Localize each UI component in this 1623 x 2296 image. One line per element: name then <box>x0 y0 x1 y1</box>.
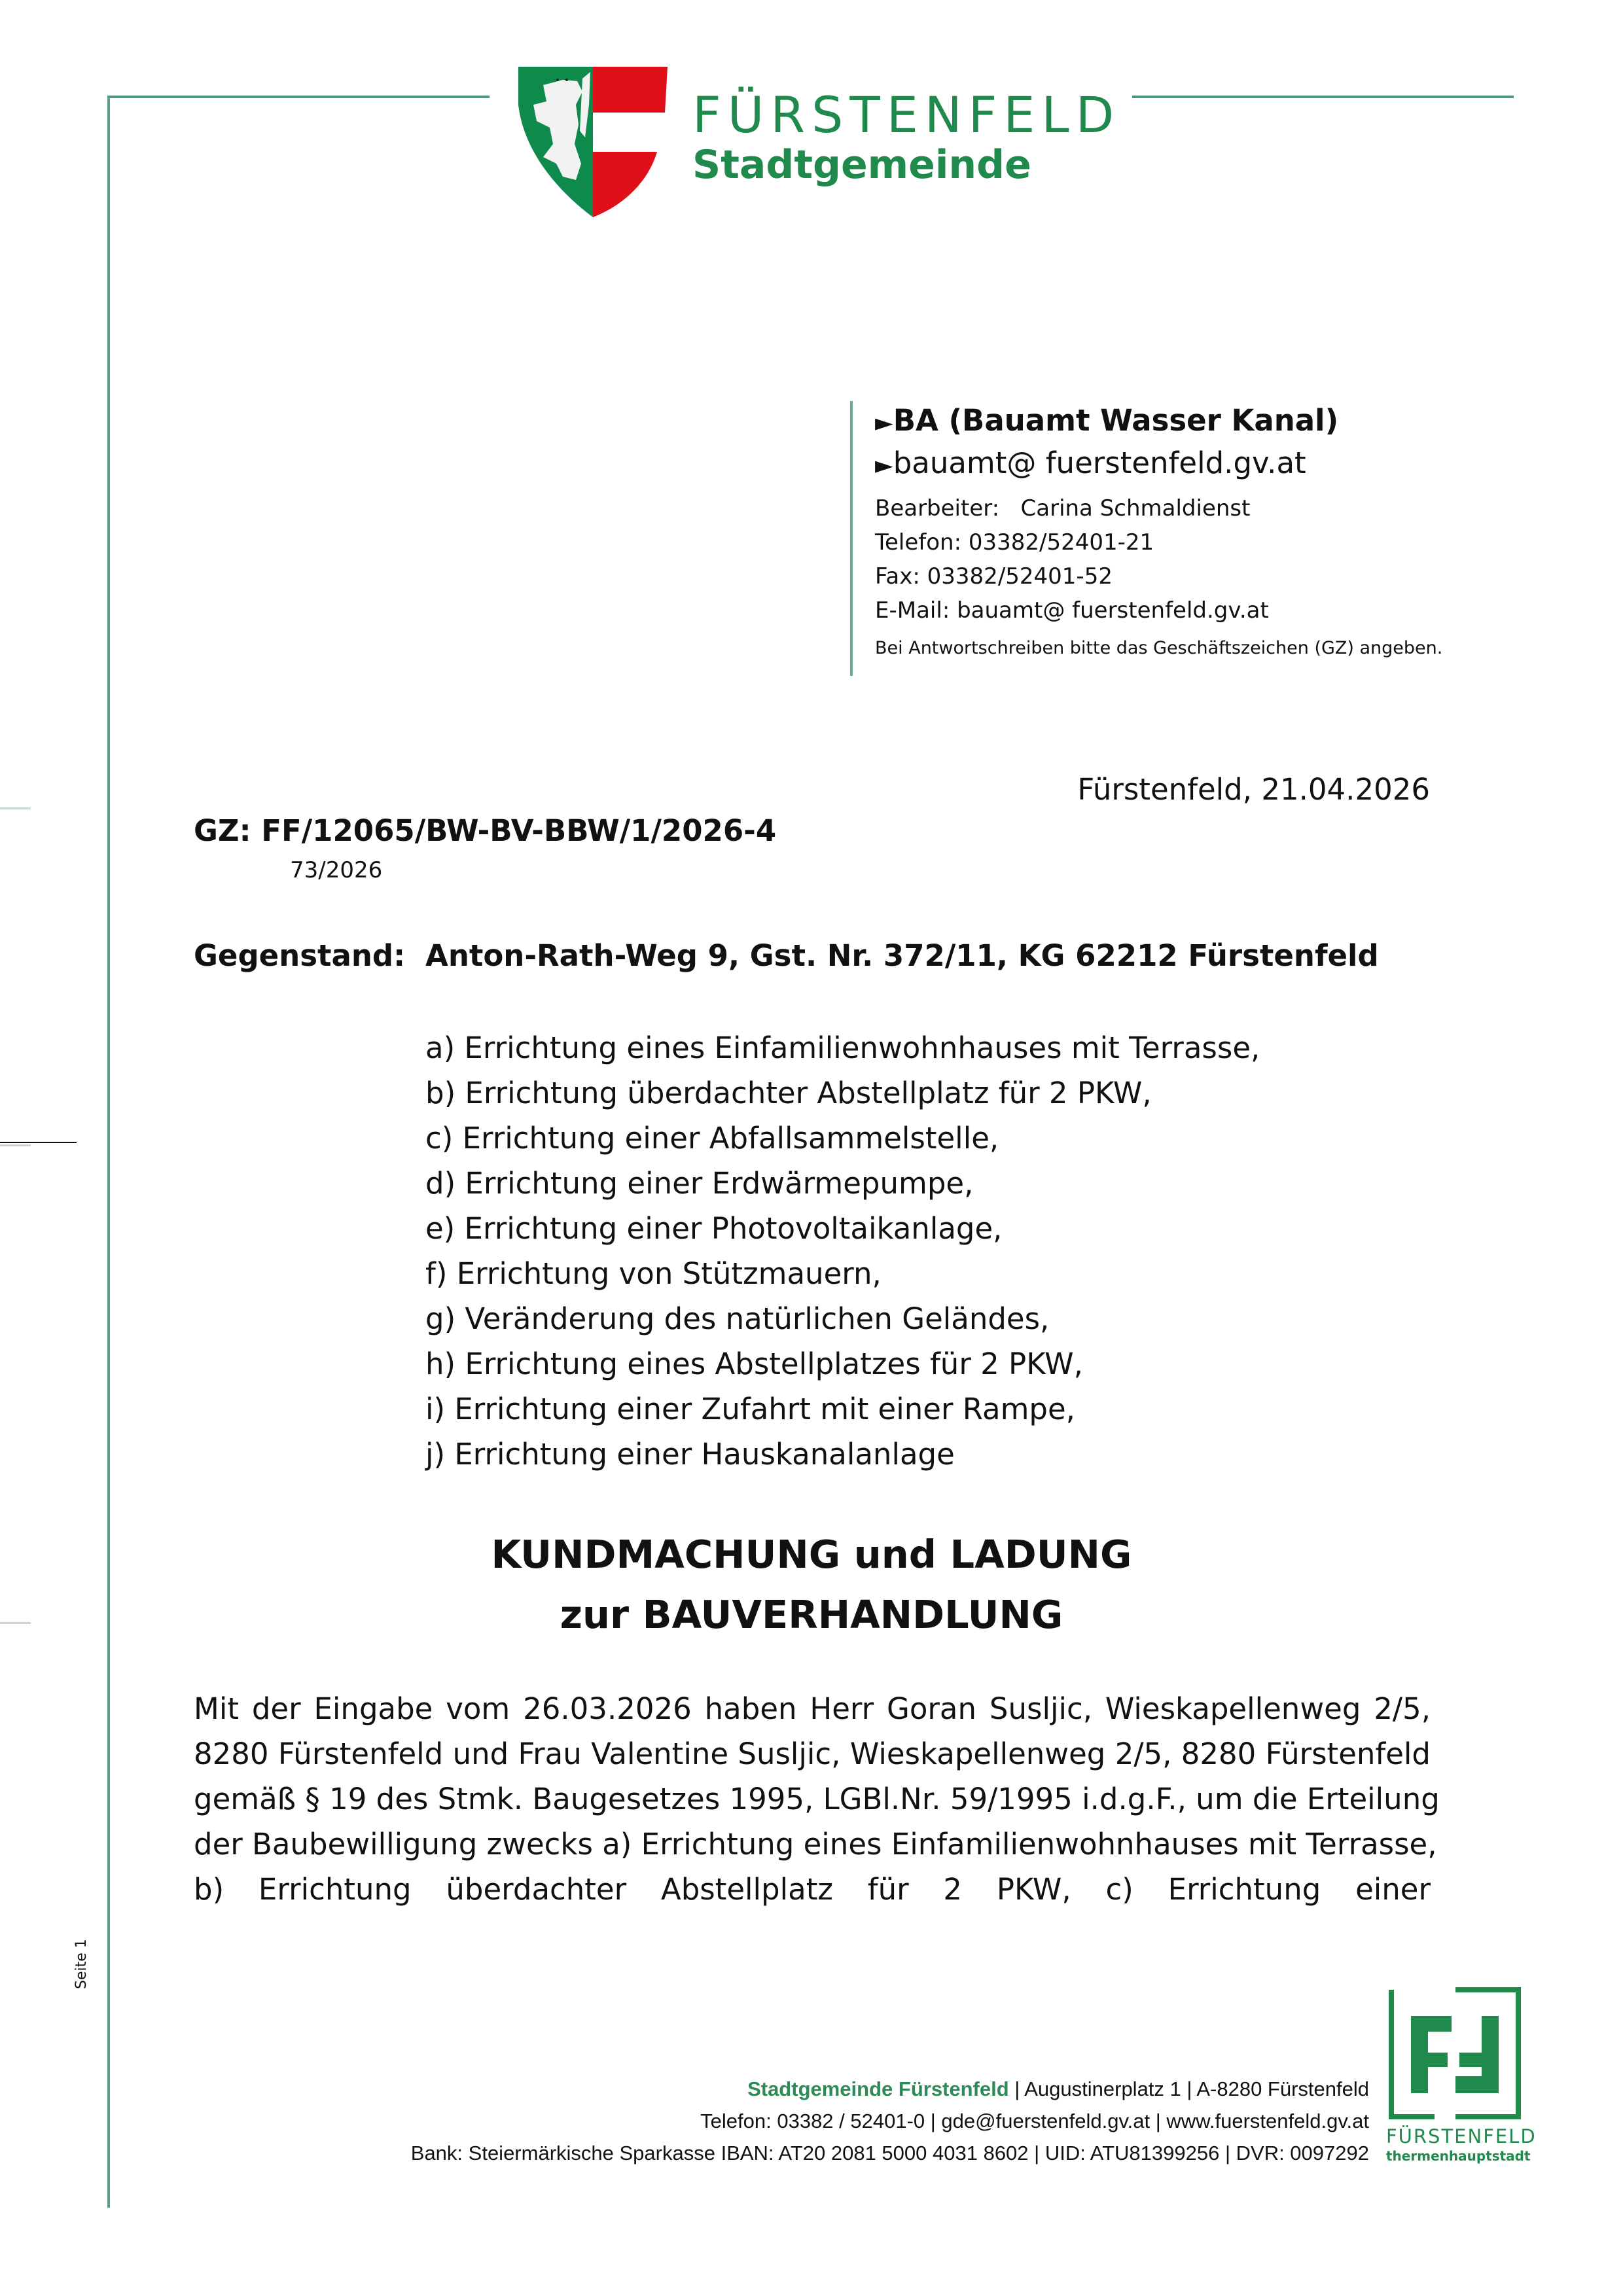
ff-logo-icon <box>1387 1986 1522 2121</box>
footer-contact-line: Telefon: 03382 / 52401-0 | gde@fuerstenf… <box>411 2105 1369 2137</box>
arrow-right-icon: ► <box>875 452 893 479</box>
subject-label: Gegenstand: <box>194 938 405 973</box>
frame-line-top-right <box>1132 96 1514 98</box>
footer-org-name: Stadtgemeinde Fürstenfeld <box>747 2077 1009 2100</box>
footer-address: | Augustinerplatz 1 | A-8280 Fürstenfeld <box>1009 2077 1369 2100</box>
sender-block: ►BA (Bauamt Wasser Kanal) ►bauamt@ fuers… <box>875 399 1442 658</box>
sender-fax: Fax: 03382/52401-52 <box>875 559 1442 593</box>
body-paragraph: Mit der Eingabe vom 26.03.2026 haben Her… <box>194 1686 1431 1912</box>
coat-of-arms-icon <box>517 65 669 219</box>
fold-mark <box>0 1144 31 1146</box>
list-item: g) Veränderung des natürlichen Geländes, <box>425 1296 1260 1341</box>
ff-logo-name: FÜRSTENFELD <box>1386 2125 1524 2147</box>
body-line: 8280 Fürstenfeld und Frau Valentine Susl… <box>194 1731 1431 1776</box>
project-items-list: a) Errichtung eines Einfamilienwohnhause… <box>425 1025 1260 1477</box>
list-item: a) Errichtung eines Einfamilienwohnhause… <box>425 1025 1260 1070</box>
list-item: j) Errichtung einer Hauskanalanlage <box>425 1432 1260 1477</box>
footer-contact: Stadtgemeinde Fürstenfeld | Augustinerpl… <box>411 2073 1369 2169</box>
sender-clerk: Bearbeiter: Carina Schmaldienst <box>875 491 1442 525</box>
sender-mail-line: E-Mail: bauamt@ fuerstenfeld.gv.at <box>875 593 1442 627</box>
list-item: c) Errichtung einer Abfallsammelstelle, <box>425 1116 1260 1161</box>
page-number: Seite 1 <box>73 1939 90 1989</box>
arrow-right-icon: ► <box>875 410 893 436</box>
body-line: gemäß § 19 des Stmk. Baugesetzes 1995, L… <box>194 1776 1431 1822</box>
frame-line-left <box>107 96 110 2208</box>
body-line: der Baubewilligung zwecks a) Errichtung … <box>194 1822 1431 1867</box>
list-item: b) Errichtung überdachter Abstellplatz f… <box>425 1070 1260 1116</box>
fold-mark <box>0 807 31 809</box>
sender-phone: Telefon: 03382/52401-21 <box>875 525 1442 559</box>
brand-name: FÜRSTENFELD <box>692 90 1120 140</box>
reference-subnumber: 73/2026 <box>290 857 382 883</box>
list-item: f) Errichtung von Stützmauern, <box>425 1251 1260 1296</box>
list-item: e) Errichtung einer Photovoltaikanlage, <box>425 1206 1260 1251</box>
sender-department: ►BA (Bauamt Wasser Kanal) <box>875 399 1442 442</box>
body-line: b) Errichtung überdachter Abstellplatz f… <box>194 1867 1431 1912</box>
list-item: d) Errichtung einer Erdwärmepumpe, <box>425 1161 1260 1206</box>
footer-bank-line: Bank: Steiermärkische Sparkasse IBAN: AT… <box>411 2137 1369 2169</box>
sender-divider <box>850 401 853 676</box>
reference-number: GZ: FF/12065/BW-BV-BBW/1/2026-4 <box>194 813 776 848</box>
place-date: Fürstenfeld, 21.04.2026 <box>1077 772 1430 807</box>
reference-hint: Bei Antwortschreiben bitte das Geschäfts… <box>875 638 1442 658</box>
list-item: i) Errichtung einer Zufahrt mit einer Ra… <box>425 1386 1260 1432</box>
punch-mark <box>0 1142 77 1143</box>
ff-logo-tagline: thermenhauptstadt <box>1386 2148 1524 2164</box>
frame-line-top-left <box>108 96 490 98</box>
list-item: h) Errichtung eines Abstellplatzes für 2… <box>425 1341 1260 1386</box>
subject-value: Anton-Rath-Weg 9, Gst. Nr. 372/11, KG 62… <box>425 938 1379 973</box>
document-title: KUNDMACHUNG und LADUNG zur BAUVERHANDLUN… <box>0 1525 1623 1645</box>
sender-email[interactable]: ►bauamt@ fuerstenfeld.gv.at <box>875 442 1442 484</box>
body-line: Mit der Eingabe vom 26.03.2026 haben Her… <box>194 1686 1431 1731</box>
brand-subtitle: Stadtgemeinde <box>692 145 1031 185</box>
